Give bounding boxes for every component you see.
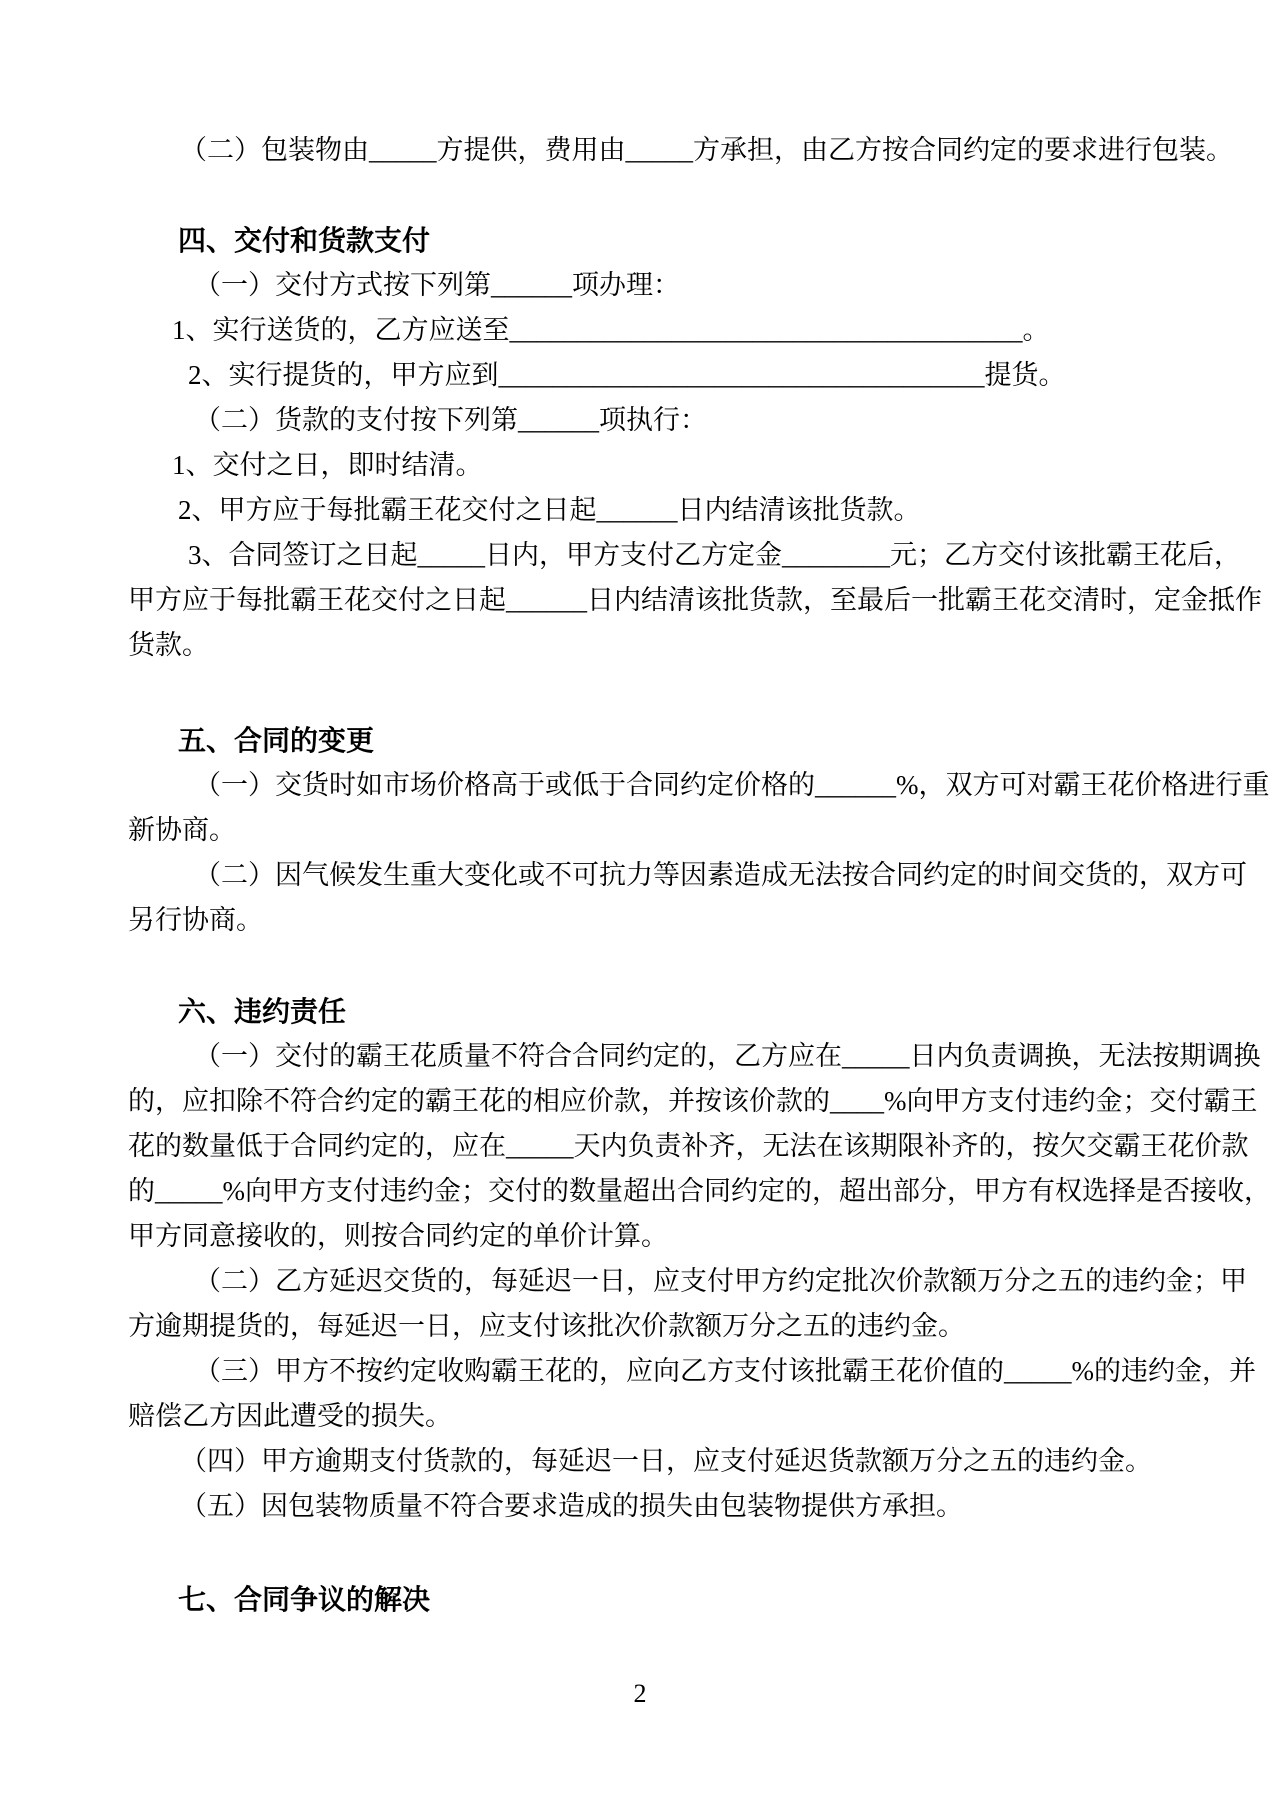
section-heading-seven: 七、合同争议的解决: [128, 1577, 1152, 1622]
paragraph-line: 的，应扣除不符合约定的霸王花的相应价款，并按该价款的____%向甲方支付违约金；…: [128, 1079, 1152, 1124]
paragraph-line: （五）因包装物质量不符合要求造成的损失由包装物提供方承担。: [128, 1484, 1152, 1529]
contract-page: （二）包装物由_____方提供，费用由_____方承担，由乙方按合同约定的要求进…: [0, 0, 1280, 1810]
page-number: 2: [0, 1676, 1280, 1712]
paragraph-line: 新协商。: [128, 808, 1152, 853]
paragraph-line: 1、交付之日，即时结清。: [128, 443, 1152, 488]
paragraph-line: 赔偿乙方因此遭受的损失。: [128, 1394, 1152, 1439]
paragraph-line: 另行协商。: [128, 898, 1152, 943]
paragraph-line: 甲方同意接收的，则按合同约定的单价计算。: [128, 1214, 1152, 1259]
paragraph-line: （二）包装物由_____方提供，费用由_____方承担，由乙方按合同约定的要求进…: [128, 128, 1152, 173]
paragraph-line: 2、实行提货的，甲方应到____________________________…: [128, 353, 1152, 398]
paragraph-line: 方逾期提货的，每延迟一日，应支付该批次价款额万分之五的违约金。: [128, 1304, 1152, 1349]
paragraph-line: 甲方应于每批霸王花交付之日起______日内结清该批货款，至最后一批霸王花交清时…: [128, 578, 1152, 623]
paragraph-line: 1、实行送货的，乙方应送至___________________________…: [128, 308, 1152, 353]
paragraph-line: （二）乙方延迟交货的，每延迟一日，应支付甲方约定批次价款额万分之五的违约金；甲: [128, 1259, 1152, 1304]
contract-body: （二）包装物由_____方提供，费用由_____方承担，由乙方按合同约定的要求进…: [128, 128, 1152, 1622]
section-heading-four: 四、交付和货款支付: [128, 218, 1152, 263]
paragraph-line: 花的数量低于合同约定的，应在_____天内负责补齐，无法在该期限补齐的，按欠交霸…: [128, 1124, 1152, 1169]
spacer: [128, 668, 1152, 718]
paragraph-line: （一）交货时如市场价格高于或低于合同约定价格的______%，双方可对霸王花价格…: [128, 763, 1152, 808]
paragraph-line: 货款。: [128, 623, 1152, 668]
spacer: [128, 1529, 1152, 1577]
paragraph-line: （一）交付的霸王花质量不符合合同约定的，乙方应在_____日内负责调换，无法按期…: [128, 1034, 1152, 1079]
paragraph-line: （三）甲方不按约定收购霸王花的，应向乙方支付该批霸王花价值的_____%的违约金…: [128, 1349, 1152, 1394]
paragraph-line: （二）因气候发生重大变化或不可抗力等因素造成无法按合同约定的时间交货的，双方可: [128, 853, 1152, 898]
section-heading-six: 六、违约责任: [128, 989, 1152, 1034]
section-heading-five: 五、合同的变更: [128, 718, 1152, 763]
paragraph-line: （一）交付方式按下列第______项办理：: [128, 263, 1152, 308]
paragraph-line: 的_____%向甲方支付违约金；交付的数量超出合同约定的，超出部分，甲方有权选择…: [128, 1169, 1152, 1214]
spacer: [128, 173, 1152, 218]
paragraph-line: 3、合同签订之日起_____日内，甲方支付乙方定金________元；乙方交付该…: [128, 533, 1152, 578]
paragraph-line: （二）货款的支付按下列第______项执行：: [128, 398, 1152, 443]
paragraph-line: 2、甲方应于每批霸王花交付之日起______日内结清该批货款。: [128, 488, 1152, 533]
paragraph-line: （四）甲方逾期支付货款的，每延迟一日，应支付延迟货款额万分之五的违约金。: [128, 1439, 1152, 1484]
spacer: [128, 943, 1152, 989]
